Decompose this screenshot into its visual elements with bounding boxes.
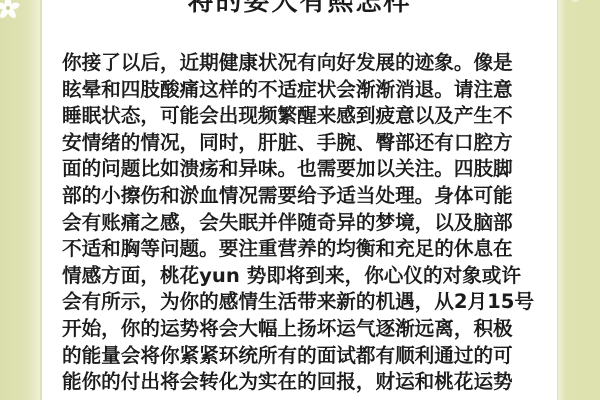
article-line: 能你的付出将会转化为实在的回报，财运和桃花运势 xyxy=(62,369,542,396)
article-line: 面的问题比如溃疡和异味。也需要加以关注。四肢脚 xyxy=(62,156,542,183)
right-decorative-border xyxy=(558,0,600,400)
article-line: 情感方面，桃花yun 势即将到来，你心仪的对象或许 xyxy=(62,263,542,290)
article-line: 你接了以后，近期健康状况有向好发展的迹象。像是 xyxy=(62,50,542,77)
article-line: 眩晕和四肢酸痛这样的不适症状会渐渐消退。请注意 xyxy=(62,77,542,104)
article-line: 的能量会将你紧紧环统所有的面试都有顺利通过的可 xyxy=(62,343,542,370)
content-panel: 将的要大有熙怎样 你接了以后，近期健康状况有向好发展的迹象。像是 眩晕和四肢酸痛… xyxy=(42,0,557,400)
article-line: 会有所示，为你的感情生活带来新的机遇，从2月15号 xyxy=(62,289,542,316)
article-body: 你接了以后，近期健康状况有向好发展的迹象。像是 眩晕和四肢酸痛这样的不适症状会渐… xyxy=(62,50,542,396)
article-line: 睡眠状态，可能会出现频繁醒来感到疲意以及产生不 xyxy=(62,103,542,130)
article-line: 开始，你的运势将会大幅上扬坏运气逐渐远离，积极 xyxy=(62,316,542,343)
article-line: 安情绪的情况，同时，肝脏、手腕、臀部还有口腔方 xyxy=(62,130,542,157)
page-title: 将的要大有熙怎样 xyxy=(42,0,557,18)
article-line: 部的小擦伤和淤血情况需要给予适当处理。身体可能 xyxy=(62,183,542,210)
article-line: 会有账痛之感，会失眠并伴随奇异的梦境，以及脑部 xyxy=(62,210,542,237)
flower-icon xyxy=(568,0,582,6)
article-line: 不适和胸等问题。要注重营养的均衡和充足的休息在 xyxy=(62,236,542,263)
left-decorative-border xyxy=(0,0,40,400)
flower-icon xyxy=(0,0,28,28)
